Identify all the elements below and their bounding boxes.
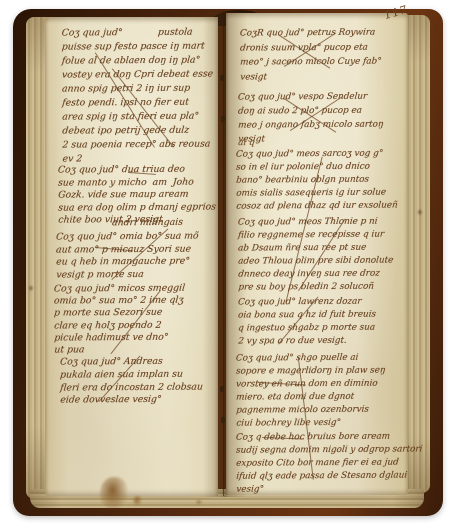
gutter-fold-line <box>223 14 224 496</box>
photo-background: 117 Coʒ qua jud° pustolapuisse sup festo… <box>0 0 450 530</box>
page-stack-edge-right <box>405 15 430 493</box>
right-page <box>226 13 408 495</box>
left-page <box>45 17 218 496</box>
